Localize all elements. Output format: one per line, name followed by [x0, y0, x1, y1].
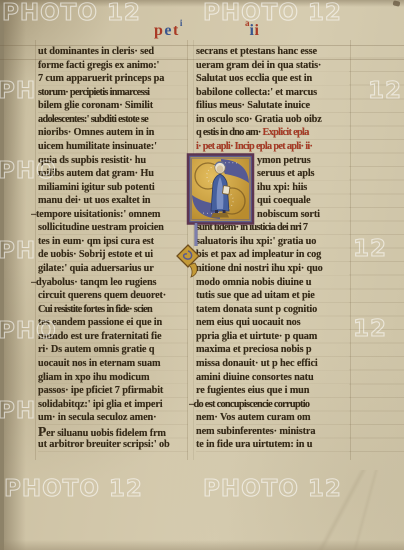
text-line: nem eius qui uocauit nos — [196, 316, 349, 330]
header-letter: t — [173, 22, 180, 39]
text-line: tatem donata sunt p cognitio — [196, 303, 349, 317]
page-top-edge-shadow — [0, 0, 404, 7]
text-line: storum· percipietis inmarcessi — [38, 86, 188, 100]
text-line: um· in secula seculoz amen· — [38, 411, 188, 425]
text-line: circuit querens quem deuoret· — [38, 289, 188, 303]
text-line: tes eandem passione ei que in — [38, 316, 188, 330]
text-line: miliamini igitur sub potenti — [38, 181, 188, 195]
chapter-numeral: aii — [245, 14, 259, 36]
parchment-crease — [285, 470, 404, 550]
header-letter: i — [180, 18, 183, 28]
text-line: i· pet apli· Incip epla pet apli· ii· — [196, 140, 349, 154]
text-line: ut arbitror breuiter scripsi:' ob — [38, 438, 188, 452]
text-line: nem· Vos autem curam om — [196, 411, 349, 425]
right-margin-ruling — [349, 45, 404, 453]
running-title: peti — [154, 14, 182, 36]
text-line: bilem glie coronam· Similit — [38, 99, 188, 113]
text-line: sollicitudine uestram proicien — [38, 221, 188, 235]
text-line: uocauit nos in eternam suam — [38, 357, 188, 371]
header-letter: p — [154, 22, 164, 39]
text-line: ut dominantes in cleris· sed — [38, 45, 188, 59]
text-line: tutis sue que ad uitam et pie — [196, 289, 349, 303]
text-line: –dyabolus· tanqm leo rugiens — [31, 276, 188, 290]
text-line: gilate:' quia aduersarius ur — [38, 262, 188, 276]
text-line: nioribs· Omnes autem in in — [38, 126, 188, 140]
text-line: 7 cum apparuerit princeps pa — [38, 72, 188, 86]
text-line: Per siluanu uobis fidelem frm — [38, 425, 188, 439]
text-line: solidabitqz:' ipi glia et imperi — [38, 398, 188, 412]
text-line: filius meus· Salutate inuice — [196, 99, 349, 113]
text-line: forme facti gregis ex animo:' — [38, 59, 188, 73]
text-line: passos· ipe pficiet 7 pfirmabit — [38, 384, 188, 398]
illuminated-initial-s — [175, 153, 257, 285]
ruling-line-vertical — [35, 40, 36, 460]
text-line: uicem humilitate insinuate:' — [38, 140, 188, 154]
text-line: ri· Ds autem omnis gratie q — [38, 343, 188, 357]
text-line: de uobis· Sobrij estote et ui — [38, 248, 188, 262]
text-line: mundo est ure fraternitati fie — [38, 330, 188, 344]
text-line: quia ds supbis resistit· hu — [38, 154, 188, 168]
text-line: Cui resistite fortes in fide· scien — [38, 303, 188, 317]
page-left-edge — [0, 0, 4, 550]
text-line: adolescentes:' subditi estote se — [38, 113, 188, 127]
text-column-left: ut dominantes in cleris· sedforme facti … — [38, 45, 188, 452]
text-line: Salutat uos ecclia que est in — [196, 72, 349, 86]
text-line: babilone collecta:' et marcus — [196, 86, 349, 100]
text-line: –tempore uisitationis:' omnem — [31, 208, 188, 222]
text-line: –do est concupiscencie corruptio — [189, 398, 349, 412]
header-letter: i — [254, 22, 259, 39]
text-line: tes in eum· qm ipsi cura est — [38, 235, 188, 249]
text-line: maxima et preciosa nobis p — [196, 343, 349, 357]
text-line: nem subinferentes· ministra — [196, 425, 349, 439]
text-line: secrans et ptestans hanc esse — [196, 45, 349, 59]
manuscript-page-photo: peti aii ut dominantes in cleris· sedfor… — [0, 0, 404, 550]
text-line: re fugientes eius que i mun — [196, 384, 349, 398]
text-line: in osculo sco· Gratia uob oibz — [196, 113, 349, 127]
text-line: missa donauit· ut p hec effici — [196, 357, 349, 371]
text-line: amini diuine consortes natu — [196, 371, 349, 385]
text-line: gliam in xpo ihu modicum — [38, 371, 188, 385]
text-line: ueram gram dei in qua statis· — [196, 59, 349, 73]
text-line: milibs autem dat gram· Hu — [38, 167, 188, 181]
header-letter: e — [164, 22, 173, 39]
text-line: te in fide ura uirtutem: in u — [196, 438, 349, 452]
text-line: manu dei· ut uos exaltet in — [38, 194, 188, 208]
text-line: ppria glia et uirtute· p quam — [196, 330, 349, 344]
text-line: q estis in dno am· Explicit epla — [196, 126, 349, 140]
